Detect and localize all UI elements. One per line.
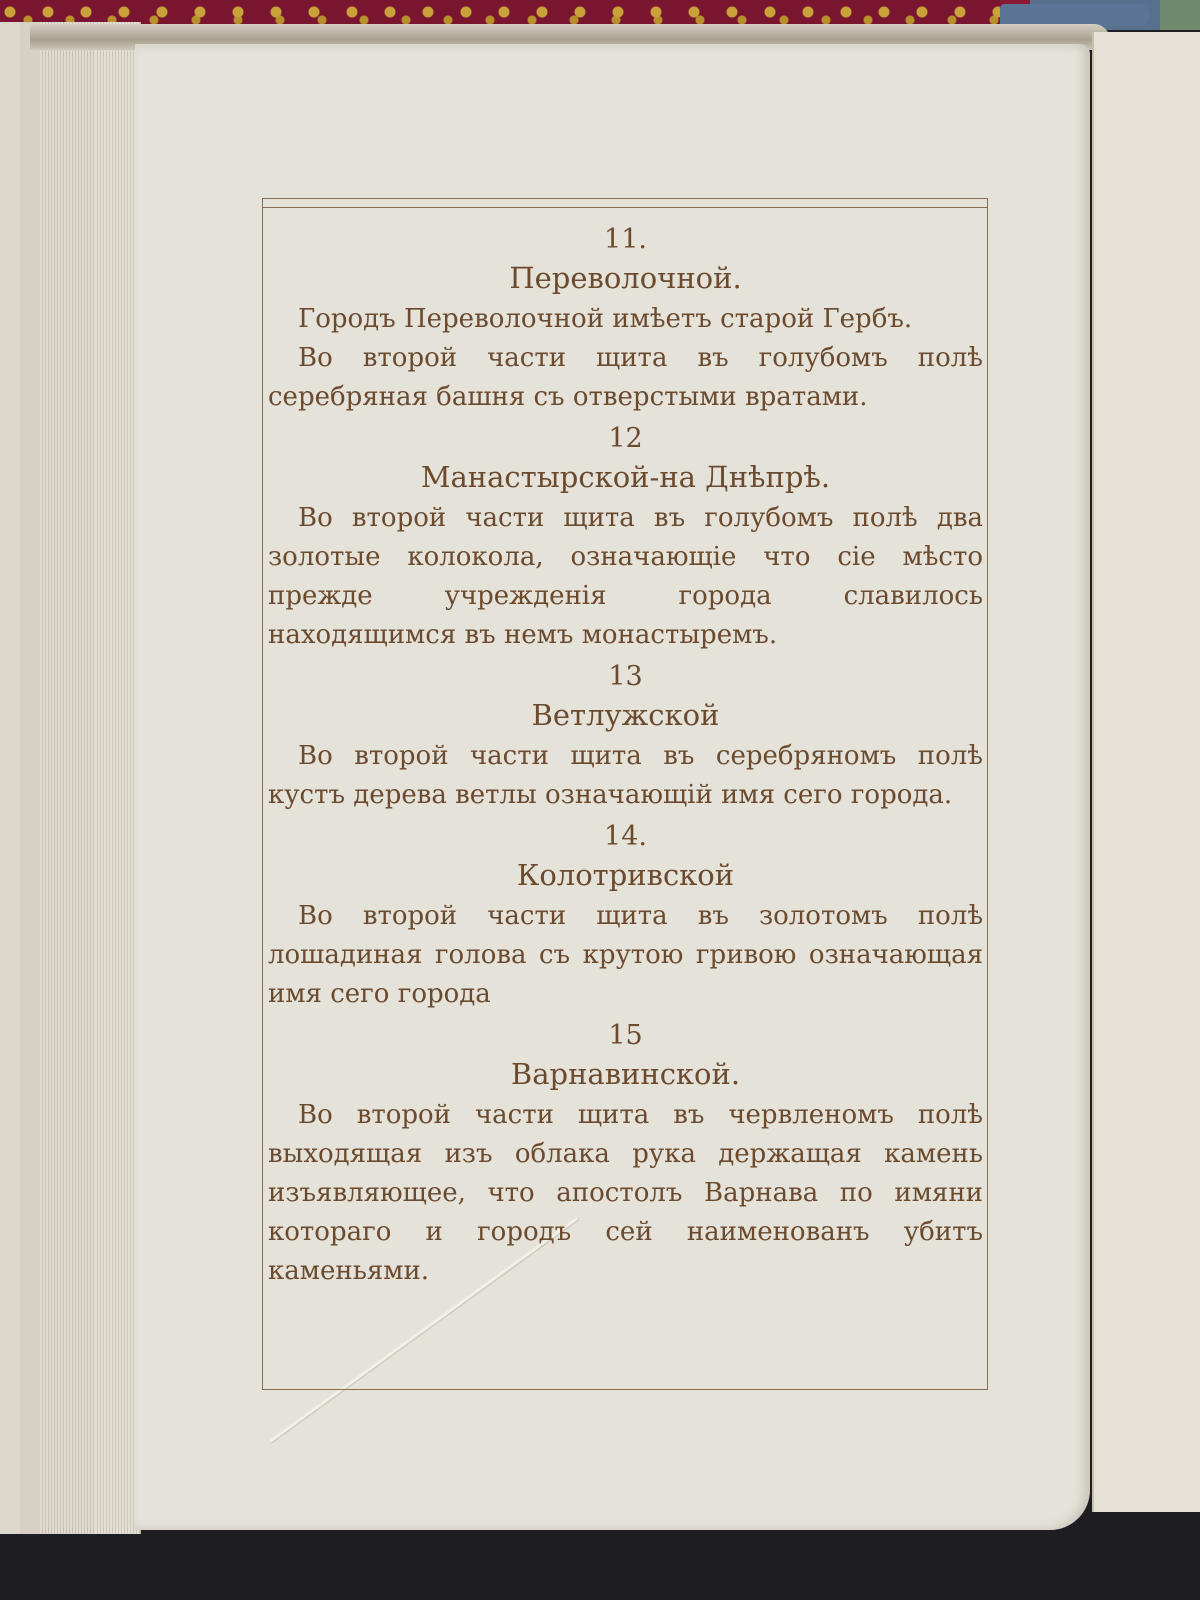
entry-title: Ветлужской	[268, 696, 983, 735]
frame-rule	[263, 207, 987, 208]
entry-title: Переволочной.	[268, 259, 983, 298]
entry-11: 11. Переволочной. Городъ Переволочной им…	[268, 220, 983, 417]
page-stack-edge	[40, 22, 101, 1534]
entry-paragraph: Во второй части щита въ серебряномъ полѣ…	[268, 737, 983, 815]
entry-number: 13	[268, 657, 983, 696]
entry-paragraph: Во второй части щита въ голубомъ полѣ дв…	[268, 499, 983, 655]
entry-13: 13 Ветлужской Во второй части щита въ се…	[268, 657, 983, 815]
entry-15: 15 Варнавинской. Во второй части щита въ…	[268, 1016, 983, 1291]
manuscript-text: 11. Переволочной. Городъ Переволочной им…	[268, 220, 983, 1293]
entry-number: 11.	[268, 220, 983, 259]
entry-title: Варнавинской.	[268, 1055, 983, 1094]
entry-14: 14. Колотривской Во второй части щита въ…	[268, 817, 983, 1014]
facing-page	[1092, 32, 1200, 1512]
entry-12: 12 Манастырской-на Днѣпрѣ. Во второй час…	[268, 419, 983, 655]
bookmark-ribbon	[1000, 4, 1150, 26]
entry-title: Колотривской	[268, 856, 983, 895]
entry-title: Манастырской-на Днѣпрѣ.	[268, 458, 983, 497]
entry-number: 12	[268, 419, 983, 458]
entry-number: 15	[268, 1016, 983, 1055]
entry-paragraph: Городъ Переволочной имѣетъ старой Гербъ.	[268, 300, 983, 339]
entry-paragraph: Во второй части щита въ червленомъ полѣ …	[268, 1096, 983, 1291]
entry-paragraph: Во второй части щита въ голубомъ полѣ се…	[268, 339, 983, 417]
entry-paragraph: Во второй части щита въ золотомъ полѣ ло…	[268, 897, 983, 1014]
entry-number: 14.	[268, 817, 983, 856]
